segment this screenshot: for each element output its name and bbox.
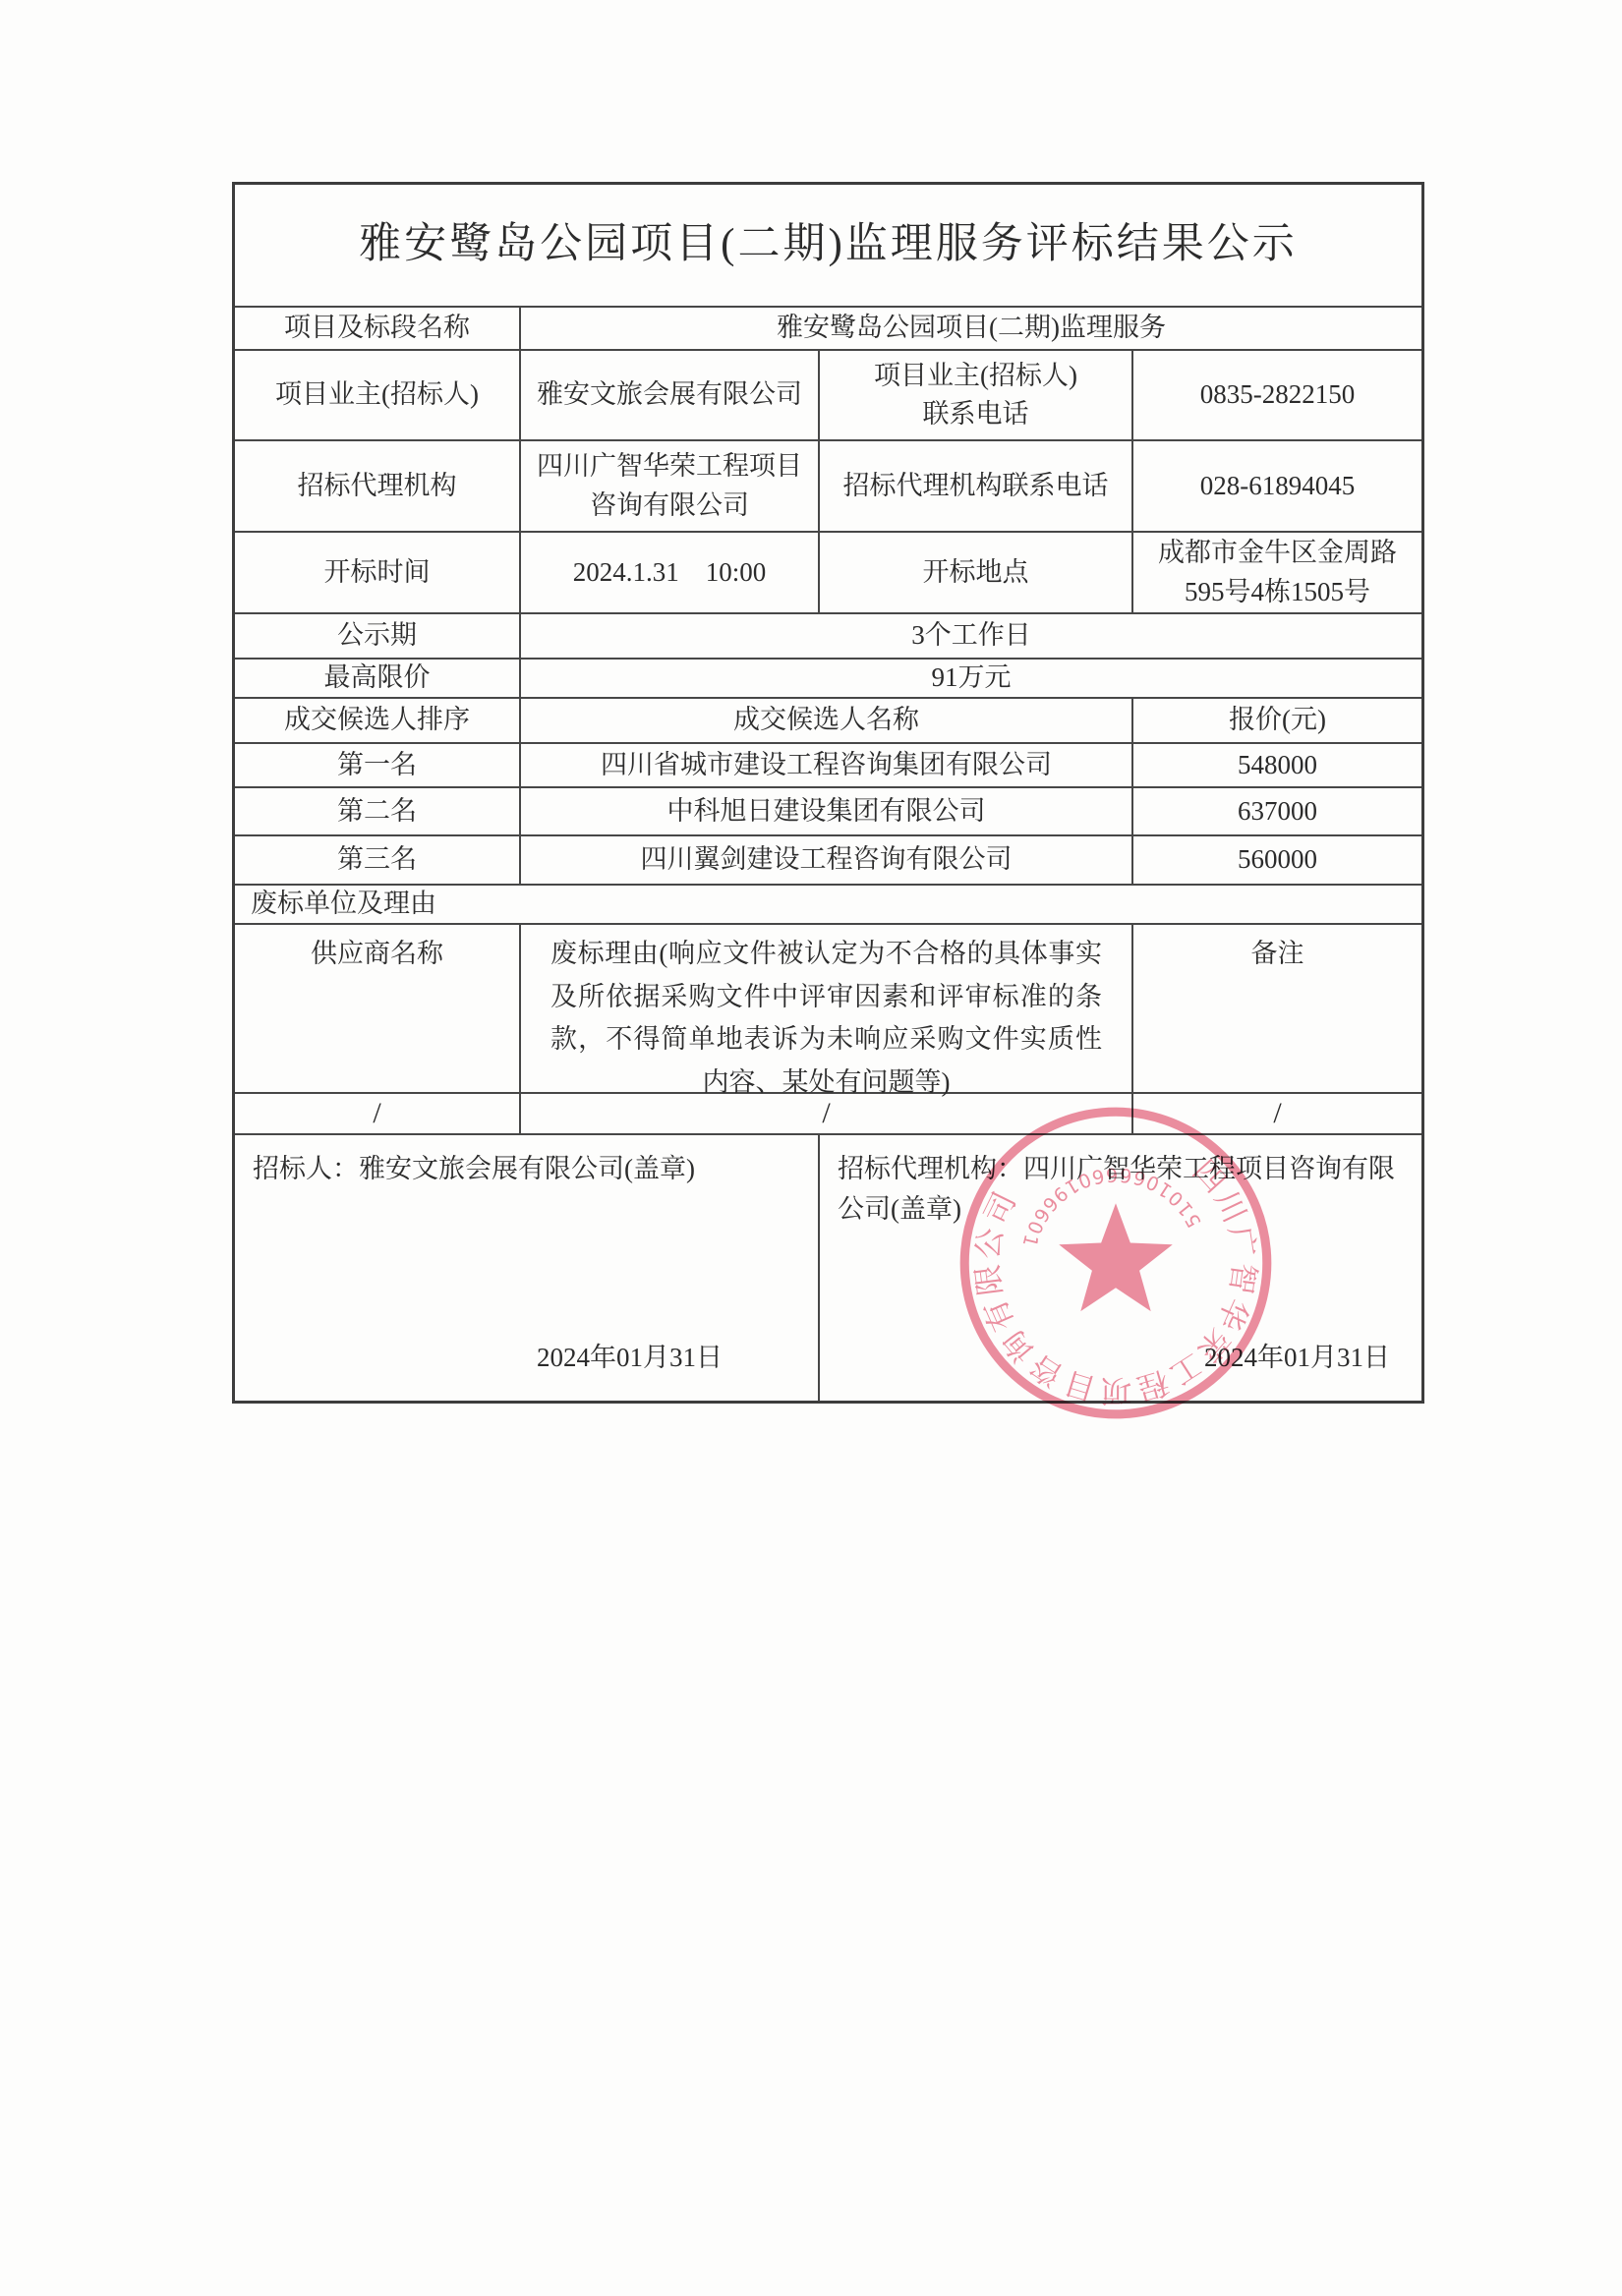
owner-value: 雅安文旅会展有限公司 [521, 351, 820, 439]
title-row: 雅安鹭岛公园项目(二期)监理服务评标结果公示 [235, 185, 1421, 308]
open-time-label: 开标时间 [235, 533, 521, 612]
max-price-label: 最高限价 [235, 660, 521, 697]
rejection-detail-row: 供应商名称 废标理由(响应文件被认定为不合格的具体事实及所依据采购文件中评审因素… [235, 925, 1421, 1094]
slash-name: / [521, 1094, 1133, 1133]
empty-slash-row: / / / [235, 1094, 1421, 1135]
candidate-row-1: 第一名 四川省城市建设工程咨询集团有限公司 548000 [235, 744, 1421, 788]
bidder-signature-date: 2024年01月31日 [253, 1338, 800, 1378]
candidate-rank-header: 成交候选人排序 [235, 699, 521, 742]
candidate-row-2: 第二名 中科旭日建设集团有限公司 637000 [235, 788, 1421, 836]
bidder-signature-cell: 招标人：雅安文旅会展有限公司(盖章) 2024年01月31日 [235, 1135, 820, 1401]
agency-signature-line: 招标代理机构：四川广智华荣工程项目咨询有限公司(盖章) [838, 1149, 1404, 1229]
open-time-value: 2024.1.31 10:00 [521, 533, 820, 612]
candidate-name: 四川翼剑建设工程咨询有限公司 [521, 836, 1133, 884]
candidate-name: 四川省城市建设工程咨询集团有限公司 [521, 744, 1133, 786]
agency-phone-value: 028-61894045 [1133, 441, 1421, 531]
agency-signature-date: 2024年01月31日 [838, 1338, 1404, 1378]
signature-row: 招标人：雅安文旅会展有限公司(盖章) 2024年01月31日 招标代理机构：四川… [235, 1135, 1421, 1401]
bid-opening-row: 开标时间 2024.1.31 10:00 开标地点 成都市金牛区金周路595号4… [235, 533, 1421, 614]
agency-value: 四川广智华荣工程项目咨询有限公司 [521, 441, 820, 531]
rejection-section-label: 废标单位及理由 [235, 886, 1421, 923]
candidate-name: 中科旭日建设集团有限公司 [521, 788, 1133, 834]
slash-rank: / [235, 1094, 521, 1133]
candidate-price: 637000 [1133, 788, 1421, 834]
candidate-rank: 第一名 [235, 744, 521, 786]
bidder-signature-line: 招标人：雅安文旅会展有限公司(盖章) [253, 1149, 800, 1189]
owner-label: 项目业主(招标人) [235, 351, 521, 439]
candidate-name-header: 成交候选人名称 [521, 699, 1133, 742]
slash-remark: / [1133, 1094, 1421, 1133]
publicity-value: 3个工作日 [521, 614, 1421, 658]
owner-phone-label: 项目业主(招标人) 联系电话 [820, 351, 1133, 439]
publicity-label: 公示期 [235, 614, 521, 658]
candidate-price: 560000 [1133, 836, 1421, 884]
project-name-row: 项目及标段名称 雅安鹭岛公园项目(二期)监理服务 [235, 308, 1421, 351]
project-name-value: 雅安鹭岛公园项目(二期)监理服务 [521, 308, 1421, 349]
candidate-price: 548000 [1133, 744, 1421, 786]
max-price-value: 91万元 [521, 660, 1421, 697]
agency-row: 招标代理机构 四川广智华荣工程项目咨询有限公司 招标代理机构联系电话 028-6… [235, 441, 1421, 533]
agency-signature-cell: 招标代理机构：四川广智华荣工程项目咨询有限公司(盖章) 2024年01月31日 [820, 1135, 1421, 1401]
candidate-rank: 第二名 [235, 788, 521, 834]
rejection-reason-text: 废标理由(响应文件被认定为不合格的具体事实及所依据采购文件中评审因素和评审标准的… [521, 925, 1133, 1092]
publicity-row: 公示期 3个工作日 [235, 614, 1421, 660]
candidate-price-header: 报价(元) [1133, 699, 1421, 742]
agency-phone-label: 招标代理机构联系电话 [820, 441, 1133, 531]
open-place-label: 开标地点 [820, 533, 1133, 612]
candidate-header-row: 成交候选人排序 成交候选人名称 报价(元) [235, 699, 1421, 744]
page-title: 雅安鹭岛公园项目(二期)监理服务评标结果公示 [235, 185, 1421, 306]
project-name-label: 项目及标段名称 [235, 308, 521, 349]
candidate-row-3: 第三名 四川翼剑建设工程咨询有限公司 560000 [235, 836, 1421, 886]
open-place-value: 成都市金牛区金周路595号4栋1505号 [1133, 533, 1421, 612]
agency-label: 招标代理机构 [235, 441, 521, 531]
owner-row: 项目业主(招标人) 雅安文旅会展有限公司 项目业主(招标人) 联系电话 0835… [235, 351, 1421, 441]
rejection-section-row: 废标单位及理由 [235, 886, 1421, 925]
owner-phone-value: 0835-2822150 [1133, 351, 1421, 439]
candidate-rank: 第三名 [235, 836, 521, 884]
document-page: 雅安鹭岛公园项目(二期)监理服务评标结果公示 项目及标段名称 雅安鹭岛公园项目(… [0, 0, 1622, 2296]
remark-label: 备注 [1133, 925, 1421, 1092]
max-price-row: 最高限价 91万元 [235, 660, 1421, 699]
bid-result-table: 雅安鹭岛公园项目(二期)监理服务评标结果公示 项目及标段名称 雅安鹭岛公园项目(… [232, 182, 1424, 1404]
supplier-name-label: 供应商名称 [235, 925, 521, 1092]
